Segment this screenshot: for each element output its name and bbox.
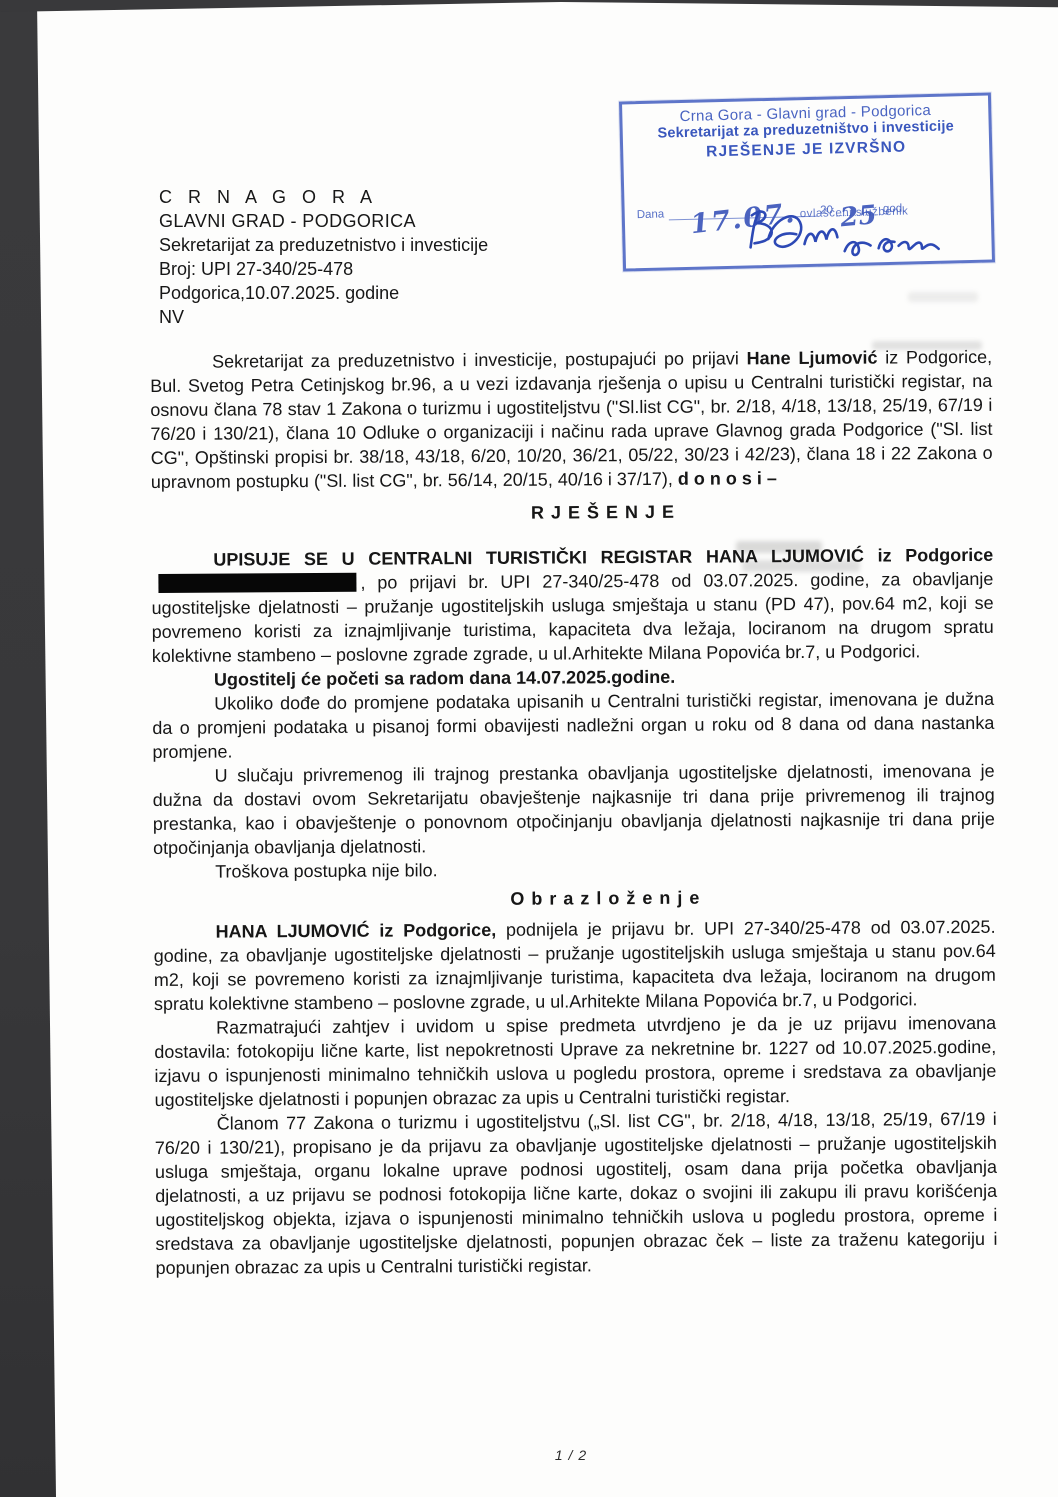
- rationale-evidence-paragraph: Razmatrajući zahtjev i uvidom u spise pr…: [154, 1011, 997, 1112]
- costs-line: Troškova postupka nije bilo.: [153, 855, 995, 884]
- operative-paragraph-registration: UPISUJE SE U CENTRALNI TURISTIČKI REGIST…: [151, 543, 994, 668]
- intro-paragraph: Sekretarijat za preduzetnistvo i investi…: [150, 345, 993, 494]
- signature-block: ovlašćeni službenik: [737, 196, 984, 268]
- registration-bold-text: UPISUJE SE U CENTRALNI TURISTIČKI REGIST…: [213, 545, 993, 570]
- document-body: Sekretarijat za preduzetnistvo i investi…: [150, 345, 998, 1280]
- heading-rjesenje: R J E Š E N J E: [151, 498, 993, 527]
- scan-edge-left: [0, 0, 60, 1497]
- page-number: 1 / 2: [150, 1447, 992, 1463]
- stamp-date-label: Dana: [637, 208, 665, 221]
- heading-obrazlozenje: O b r a z l o ž e n j e: [153, 884, 995, 913]
- start-date-bold-text: Ugostitelj će početi sa radom dana 14.07…: [214, 667, 675, 690]
- rationale-application-paragraph: HANA LJUMOVIĆ iz Podgorice, podnijela je…: [153, 915, 996, 1016]
- cessation-notice-paragraph: U slučaju privremenog ili trajnog presta…: [153, 759, 996, 860]
- letterhead: C R N A G O R A GLAVNI GRAD - PODGORICA …: [159, 185, 488, 329]
- change-notice-paragraph: Ukoliko dođe do promjene podataka upisan…: [152, 687, 994, 764]
- letterhead-place-date: Podgorica,10.07.2025. godine: [159, 281, 488, 305]
- redaction-bar: [158, 573, 356, 593]
- applicant-name: Hane Ljumović: [747, 348, 878, 369]
- executory-stamp: Crna Gora - Glavni grad - Podgorica Sekr…: [619, 92, 995, 271]
- intro-text: Sekretarijat za preduzetnistvo i investi…: [212, 348, 747, 371]
- scan-edge-top: [0, 0, 1058, 14]
- signature-icon: [737, 196, 984, 268]
- scanned-document-page: { "letterhead": { "lines": [ "C R N A G …: [0, 0, 1058, 1497]
- letterhead-case-number: Broj: UPI 27-340/25-478: [159, 257, 488, 281]
- rationale-applicant-bold: HANA LJUMOVIĆ iz Podgorice,: [215, 920, 496, 942]
- letterhead-country: C R N A G O R A: [159, 185, 488, 209]
- rationale-article77-paragraph: Članom 77 Zakona o turizmu i ugostiteljs…: [155, 1107, 998, 1280]
- donosi-word: d o n o s i –: [678, 468, 777, 489]
- letterhead-initials: NV: [159, 305, 488, 329]
- letterhead-secretariat: Sekretarijat za preduzetnistvo i investi…: [159, 233, 488, 257]
- letterhead-city: GLAVNI GRAD - PODGORICA: [159, 209, 488, 233]
- scan-ghost-smudge: [908, 292, 978, 302]
